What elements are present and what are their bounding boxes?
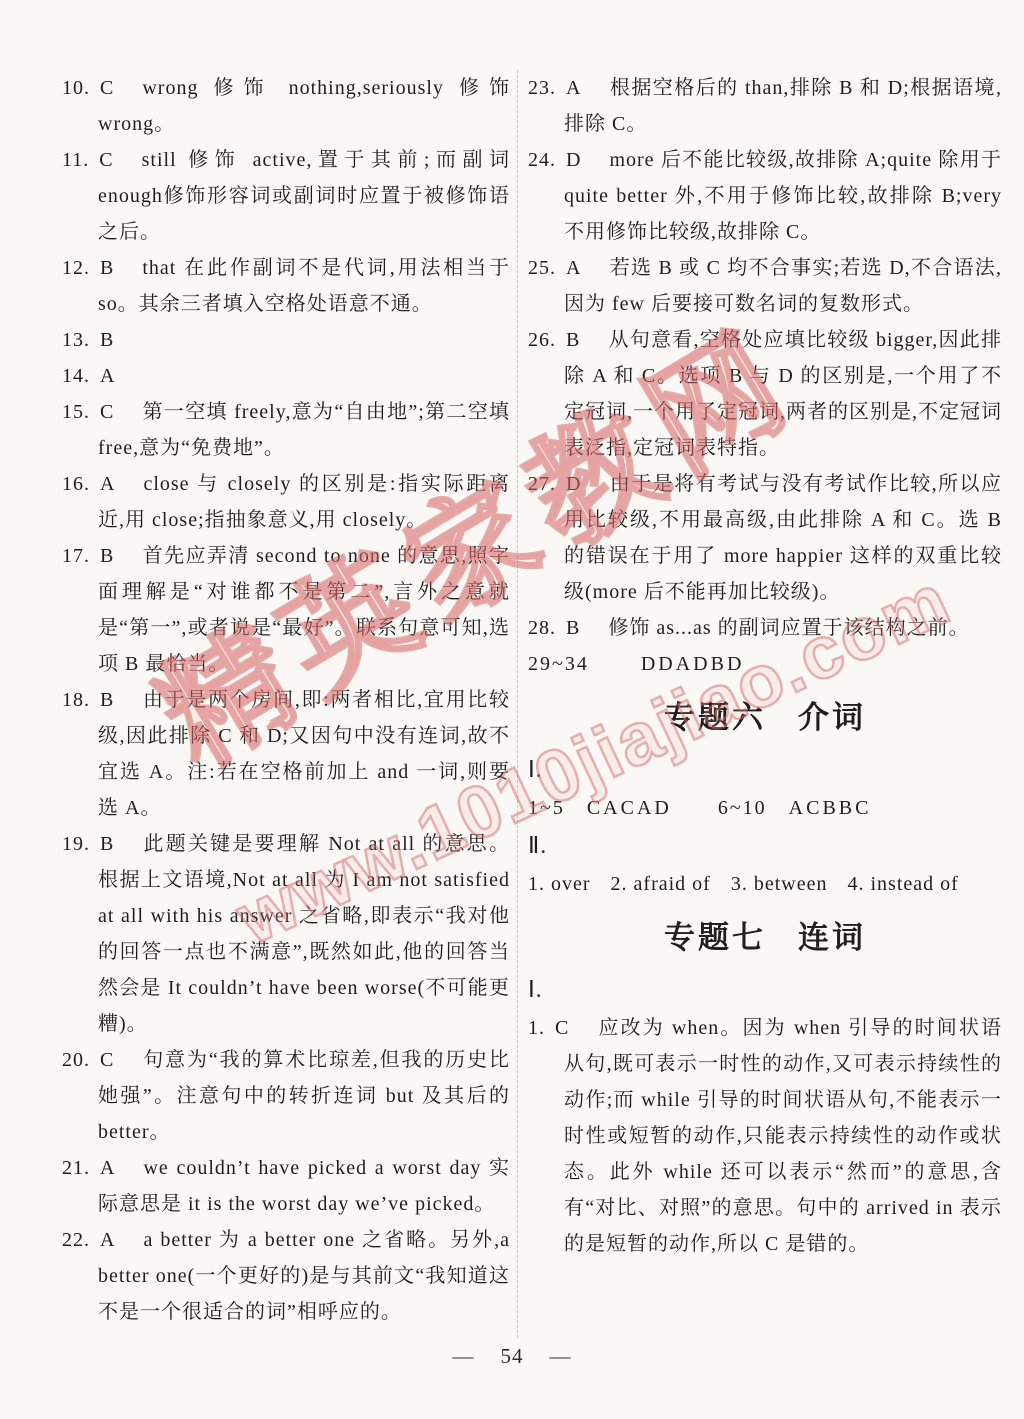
item-explanation: more 后不能比较级,故排除 A;quite 除用于 quite better…: [564, 149, 1002, 243]
answer-letters: CACAD: [587, 797, 672, 819]
item-explanation: 由于是两个房间,即:两者相比,宜用比较级,因此排除 C 和 D;又因句中没有连词…: [98, 689, 510, 819]
answer-item: 12.Bthat 在此作副词不是代词,用法相当于 so。其余三者填入空格处语意不…: [62, 250, 510, 322]
numbered-answer: 2.afraid of: [611, 873, 711, 895]
answer-item: 22.Aa better 为 a better one 之省略。另外,a bet…: [62, 1222, 510, 1330]
answer-letter: D: [566, 473, 581, 495]
item-explanation: still 修饰 active,置于其前;而副词 enough修饰形容词或副词时…: [98, 149, 510, 243]
item-number: 20.: [62, 1049, 90, 1071]
item-explanation: 若选 B 或 C 均不合事实;若选 D,不合语法,因为 few 后要接可数名词的…: [564, 257, 1002, 315]
answer-item: 26.B从句意看,空格处应填比较级 bigger,因此排除 A 和 C。选项 B…: [528, 322, 1002, 466]
answer-text: afraid of: [634, 873, 711, 895]
page-footer: —54—: [0, 1344, 1024, 1369]
question-range: 1~5: [528, 797, 565, 819]
page-content: 10.Cwrong 修饰 nothing,seriously 修饰 wrong。…: [0, 0, 1024, 1344]
answer-item: 11.Cstill 修饰 active,置于其前;而副词 enough修饰形容词…: [62, 142, 510, 250]
numbered-answer: 4.instead of: [847, 873, 958, 895]
section-heading: 专题六介词: [528, 696, 1002, 740]
answer-number: 1.: [528, 873, 545, 895]
answer-number: 2.: [611, 873, 628, 895]
answer-letter: B: [566, 617, 580, 639]
item-explanation: 根据空格后的 than,排除 B 和 D;根据语境,排除 C。: [564, 77, 1002, 135]
item-number: 27.: [528, 473, 556, 495]
answer-letter: C: [555, 1017, 569, 1039]
answer-item: 19.B此题关键是要理解 Not at all 的意思。根据上文语境,Not a…: [62, 826, 510, 1042]
item-number: 12.: [62, 257, 90, 279]
item-explanation: 从句意看,空格处应填比较级 bigger,因此排除 A 和 C。选项 B 与 D…: [564, 329, 1002, 459]
answer-letter: A: [100, 1157, 115, 1179]
answer-letter: A: [100, 473, 115, 495]
numbered-answers-row: 1.over2.afraid of3.between4.instead of: [528, 866, 1002, 902]
answer-letter: A: [566, 257, 581, 279]
answer-item: 14.A: [62, 358, 510, 394]
item-number: 11.: [62, 149, 89, 171]
item-number: 17.: [62, 545, 90, 567]
answer-item: 24.Dmore 后不能比较级,故排除 A;quite 除用于 quite be…: [528, 142, 1002, 250]
item-explanation: we couldn’t have picked a worst day 实际意思…: [98, 1157, 510, 1215]
item-number: 1.: [528, 1017, 545, 1039]
answer-letter: B: [100, 257, 114, 279]
item-explanation: close 与 closely 的区别是:指实际距离近,用 close;指抽象意…: [98, 473, 510, 531]
answer-letter: C: [100, 401, 114, 423]
item-explanation: 第一空填 freely,意为“自由地”;第二空填 free,意为“免费地”。: [98, 401, 510, 459]
answer-item: 21.Awe couldn’t have picked a worst day …: [62, 1150, 510, 1222]
item-number: 14.: [62, 365, 90, 387]
column-divider: [517, 70, 518, 1338]
answer-item: 10.Cwrong 修饰 nothing,seriously 修饰 wrong。: [62, 70, 510, 142]
answer-item: 27.D由于是将有考试与没有考试作比较,所以应用比较级,不用最高级,由此排除 A…: [528, 466, 1002, 610]
item-explanation: 修饰 as...as 的副词应置于该结构之前。: [608, 617, 969, 639]
item-explanation: wrong 修饰 nothing,seriously 修饰 wrong。: [98, 77, 510, 135]
answer-letter: A: [566, 77, 581, 99]
answer-letter: B: [566, 329, 580, 351]
left-column: 10.Cwrong 修饰 nothing,seriously 修饰 wrong。…: [62, 70, 510, 1344]
answer-letters: ACBBC: [789, 797, 872, 819]
page-number: 54: [501, 1344, 524, 1368]
section-number: 专题六: [664, 700, 766, 735]
part-roman-numeral: Ⅱ.: [528, 826, 1002, 866]
right-column: 23.A根据空格后的 than,排除 B 和 D;根据语境,排除 C。24.Dm…: [528, 70, 1002, 1344]
answer-text: over: [551, 873, 591, 895]
item-number: 15.: [62, 401, 90, 423]
section-heading: 专题七连词: [528, 916, 1002, 960]
section-title: 连词: [798, 920, 866, 955]
answer-letter: A: [100, 1229, 115, 1251]
item-explanation: 句意为“我的算术比琼差,但我的历史比她强”。注意句中的转折连词 but 及其后的…: [98, 1049, 510, 1143]
answer-letter: C: [100, 1049, 114, 1071]
answer-item: 15.C第一空填 freely,意为“自由地”;第二空填 free,意为“免费地…: [62, 394, 510, 466]
footer-dash-right: —: [550, 1344, 572, 1368]
section-title: 介词: [798, 700, 866, 735]
answer-letters: DDADBD: [641, 653, 745, 675]
item-number: 23.: [528, 77, 556, 99]
answer-number: 4.: [847, 873, 864, 895]
answer-letter: C: [99, 149, 113, 171]
answer-item: 28.B修饰 as...as 的副词应置于该结构之前。: [528, 610, 1002, 646]
answers-range-row: 29~34DDADBD: [528, 646, 1002, 682]
answer-number: 3.: [731, 873, 748, 895]
item-explanation: a better 为 a better one 之省略。另外,a better …: [98, 1229, 510, 1323]
answer-item: 13.B: [62, 322, 510, 358]
answer-letter: D: [566, 149, 581, 171]
item-number: 13.: [62, 329, 90, 351]
answer-letter: A: [100, 365, 115, 387]
item-explanation: 首先应弄清 second to none 的意思,照字面理解是“对谁都不是第二”…: [98, 545, 510, 675]
answer-letter: B: [100, 689, 114, 711]
answer-item: 20.C句意为“我的算术比琼差,但我的历史比她强”。注意句中的转折连词 but …: [62, 1042, 510, 1150]
answer-letter: C: [100, 77, 114, 99]
item-number: 21.: [62, 1157, 90, 1179]
footer-dash-left: —: [453, 1344, 475, 1368]
item-explanation: 由于是将有考试与没有考试作比较,所以应用比较级,不用最高级,由此排除 A 和 C…: [564, 473, 1002, 603]
item-number: 26.: [528, 329, 556, 351]
item-number: 18.: [62, 689, 90, 711]
answer-text: between: [754, 873, 828, 895]
answer-item: 18.B由于是两个房间,即:两者相比,宜用比较级,因此排除 C 和 D;又因句中…: [62, 682, 510, 826]
item-explanation: 应改为 when。因为 when 引导的时间状语从句,既可表示一时性的动作,又可…: [564, 1017, 1002, 1255]
section-number: 专题七: [664, 920, 766, 955]
part-roman-numeral: Ⅰ.: [528, 750, 1002, 790]
numbered-answer: 3.between: [731, 873, 828, 895]
answer-letter: B: [100, 545, 114, 567]
answer-letter: B: [100, 833, 114, 855]
answer-item: 17.B首先应弄清 second to none 的意思,照字面理解是“对谁都不…: [62, 538, 510, 682]
item-explanation: that 在此作副词不是代词,用法相当于 so。其余三者填入空格处语意不通。: [98, 257, 510, 315]
item-number: 24.: [528, 149, 556, 171]
question-range: 29~34: [528, 653, 589, 675]
item-number: 16.: [62, 473, 90, 495]
part-roman-numeral: Ⅰ.: [528, 970, 1002, 1010]
item-number: 10.: [62, 77, 90, 99]
answer-item: 16.Aclose 与 closely 的区别是:指实际距离近,用 close;…: [62, 466, 510, 538]
item-number: 28.: [528, 617, 556, 639]
answer-item: 23.A根据空格后的 than,排除 B 和 D;根据语境,排除 C。: [528, 70, 1002, 142]
answer-text: instead of: [870, 873, 958, 895]
item-explanation: 此题关键是要理解 Not at all 的意思。根据上文语境,Not at al…: [98, 833, 510, 1035]
item-number: 25.: [528, 257, 556, 279]
answers-row: 1~5CACAD6~10ACBBC: [528, 790, 1002, 826]
answer-letter: B: [100, 329, 114, 351]
item-number: 22.: [62, 1229, 90, 1251]
numbered-answer: 1.over: [528, 873, 591, 895]
answer-item: 25.A若选 B 或 C 均不合事实;若选 D,不合语法,因为 few 后要接可…: [528, 250, 1002, 322]
answer-item: 1.C应改为 when。因为 when 引导的时间状语从句,既可表示一时性的动作…: [528, 1010, 1002, 1262]
question-range: 6~10: [718, 797, 767, 819]
item-number: 19.: [62, 833, 90, 855]
page: 10.Cwrong 修饰 nothing,seriously 修饰 wrong。…: [0, 0, 1024, 1419]
